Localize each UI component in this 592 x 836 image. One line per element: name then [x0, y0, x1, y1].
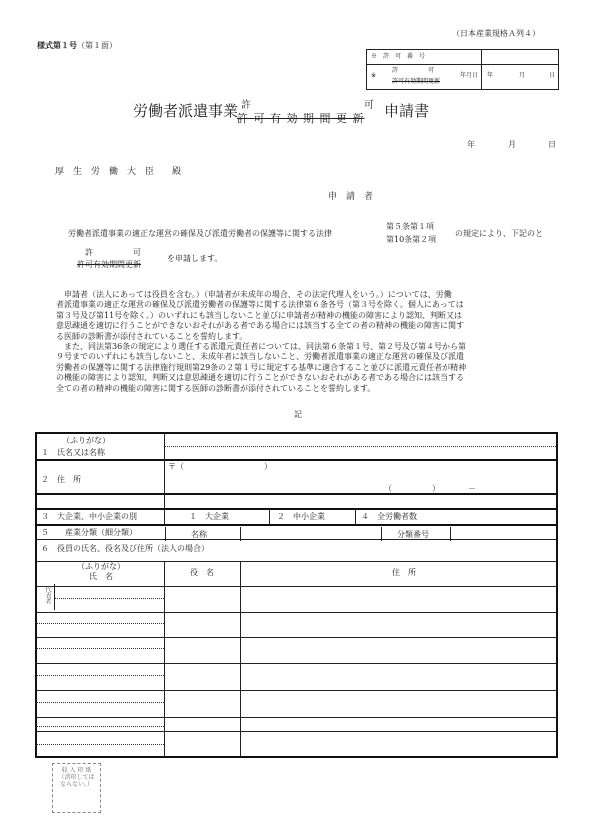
industry-code-input[interactable] — [451, 527, 556, 539]
title-suffix: 申請書 — [384, 100, 429, 121]
ki-label: 記 — [294, 410, 302, 420]
statement-choice-bottom: 許可有効期間更新 — [77, 260, 141, 270]
officer-title-header: 役 名 — [190, 567, 214, 578]
date-year: 年 — [467, 140, 475, 150]
date-day: 日 — [548, 140, 556, 150]
paper-standard: （日本産業規格Ａ列４） — [452, 29, 540, 39]
application-details-table: （ふりがな） １ 氏名又は名称 ２ 住 所 〒（ ） （ ） － ３ 大企業、中… — [35, 432, 558, 758]
statement-tail: の規定により、下記のと — [455, 229, 543, 239]
address-label: ２ 住 所 — [41, 474, 81, 485]
officer-name-header: 氏 名 — [89, 571, 113, 582]
permit-number-field[interactable] — [482, 50, 558, 64]
industry-code-label: 分類番号 — [397, 529, 429, 540]
company-size-label: ３ 大企業、中小企業の別 — [41, 511, 137, 522]
total-workers-input[interactable] — [356, 509, 556, 524]
officer-address-header: 住 所 — [392, 567, 416, 578]
officer-row[interactable] — [37, 613, 164, 637]
officer-row-representative[interactable] — [55, 587, 164, 611]
title-option-top-left: 許 — [241, 96, 251, 111]
statement-closing: を申請します。 — [167, 254, 222, 264]
revenue-stamp-box: 収 入 印 紙 （消印しては ならない。） — [52, 763, 101, 813]
ref-mark: ※ — [371, 72, 376, 79]
option-large-company[interactable]: １ 大企業 — [189, 511, 229, 522]
industry-name-input[interactable] — [241, 527, 381, 539]
statement-law: 労働者派遣事業の適正な運営の確保及び派遣労働者の保護等に関する法律 — [68, 229, 332, 239]
applicant-label: 申 請 者 — [328, 189, 373, 202]
permit-reference-table: ※ 許 可 番 号 ※ 許 可 許可有効期間更新 年月日 年 月 日 — [366, 49, 559, 90]
officers-label: ６ 役員の氏名、役名及び住所（法人の場合） — [41, 543, 209, 554]
title-prefix: 労働者派遣事業 — [133, 100, 238, 121]
pledge-text: 申請者（法人にあっては役員を含む。）（申請者が未成年の場合、その法定代理人をいう… — [56, 290, 592, 394]
officer-row[interactable] — [37, 691, 164, 716]
officer-row[interactable] — [37, 638, 164, 662]
officer-row[interactable] — [37, 732, 164, 756]
form-number: 様式第１号（第１面） — [37, 41, 117, 51]
phone-field[interactable]: （ ） － — [384, 483, 476, 494]
statement-article-1: 第５条第１項 — [386, 222, 434, 232]
postal-code-field[interactable]: 〒（ ） — [168, 461, 272, 472]
name-label: １ 氏名又は名称 — [41, 447, 105, 458]
furigana-label: （ふりがな） — [62, 435, 110, 446]
officer-row[interactable] — [37, 664, 164, 689]
industry-name-label: 名称 — [191, 529, 207, 540]
title-option-top-right: 可 — [364, 96, 374, 111]
addressee: 厚 生 労 働 大 臣 殿 — [55, 164, 181, 177]
date-month: 月 — [508, 140, 516, 150]
representative-label: 代表者 — [41, 586, 51, 604]
title-option-renewal: 許 可 有 効 期 間 更 新 — [237, 110, 364, 126]
statement-choice-top: 許 可 — [85, 248, 141, 258]
option-sme[interactable]: ２ 中小企業 — [277, 511, 325, 522]
statement-article-2: 第10条第２項 — [386, 235, 436, 245]
name-input[interactable] — [166, 447, 556, 459]
officer-row[interactable] — [37, 718, 164, 730]
furigana-input[interactable] — [166, 434, 556, 446]
industry-label: ５ 産業分類（細分類） — [41, 527, 137, 538]
permit-number-label: ※ 許 可 番 号 — [371, 53, 425, 60]
